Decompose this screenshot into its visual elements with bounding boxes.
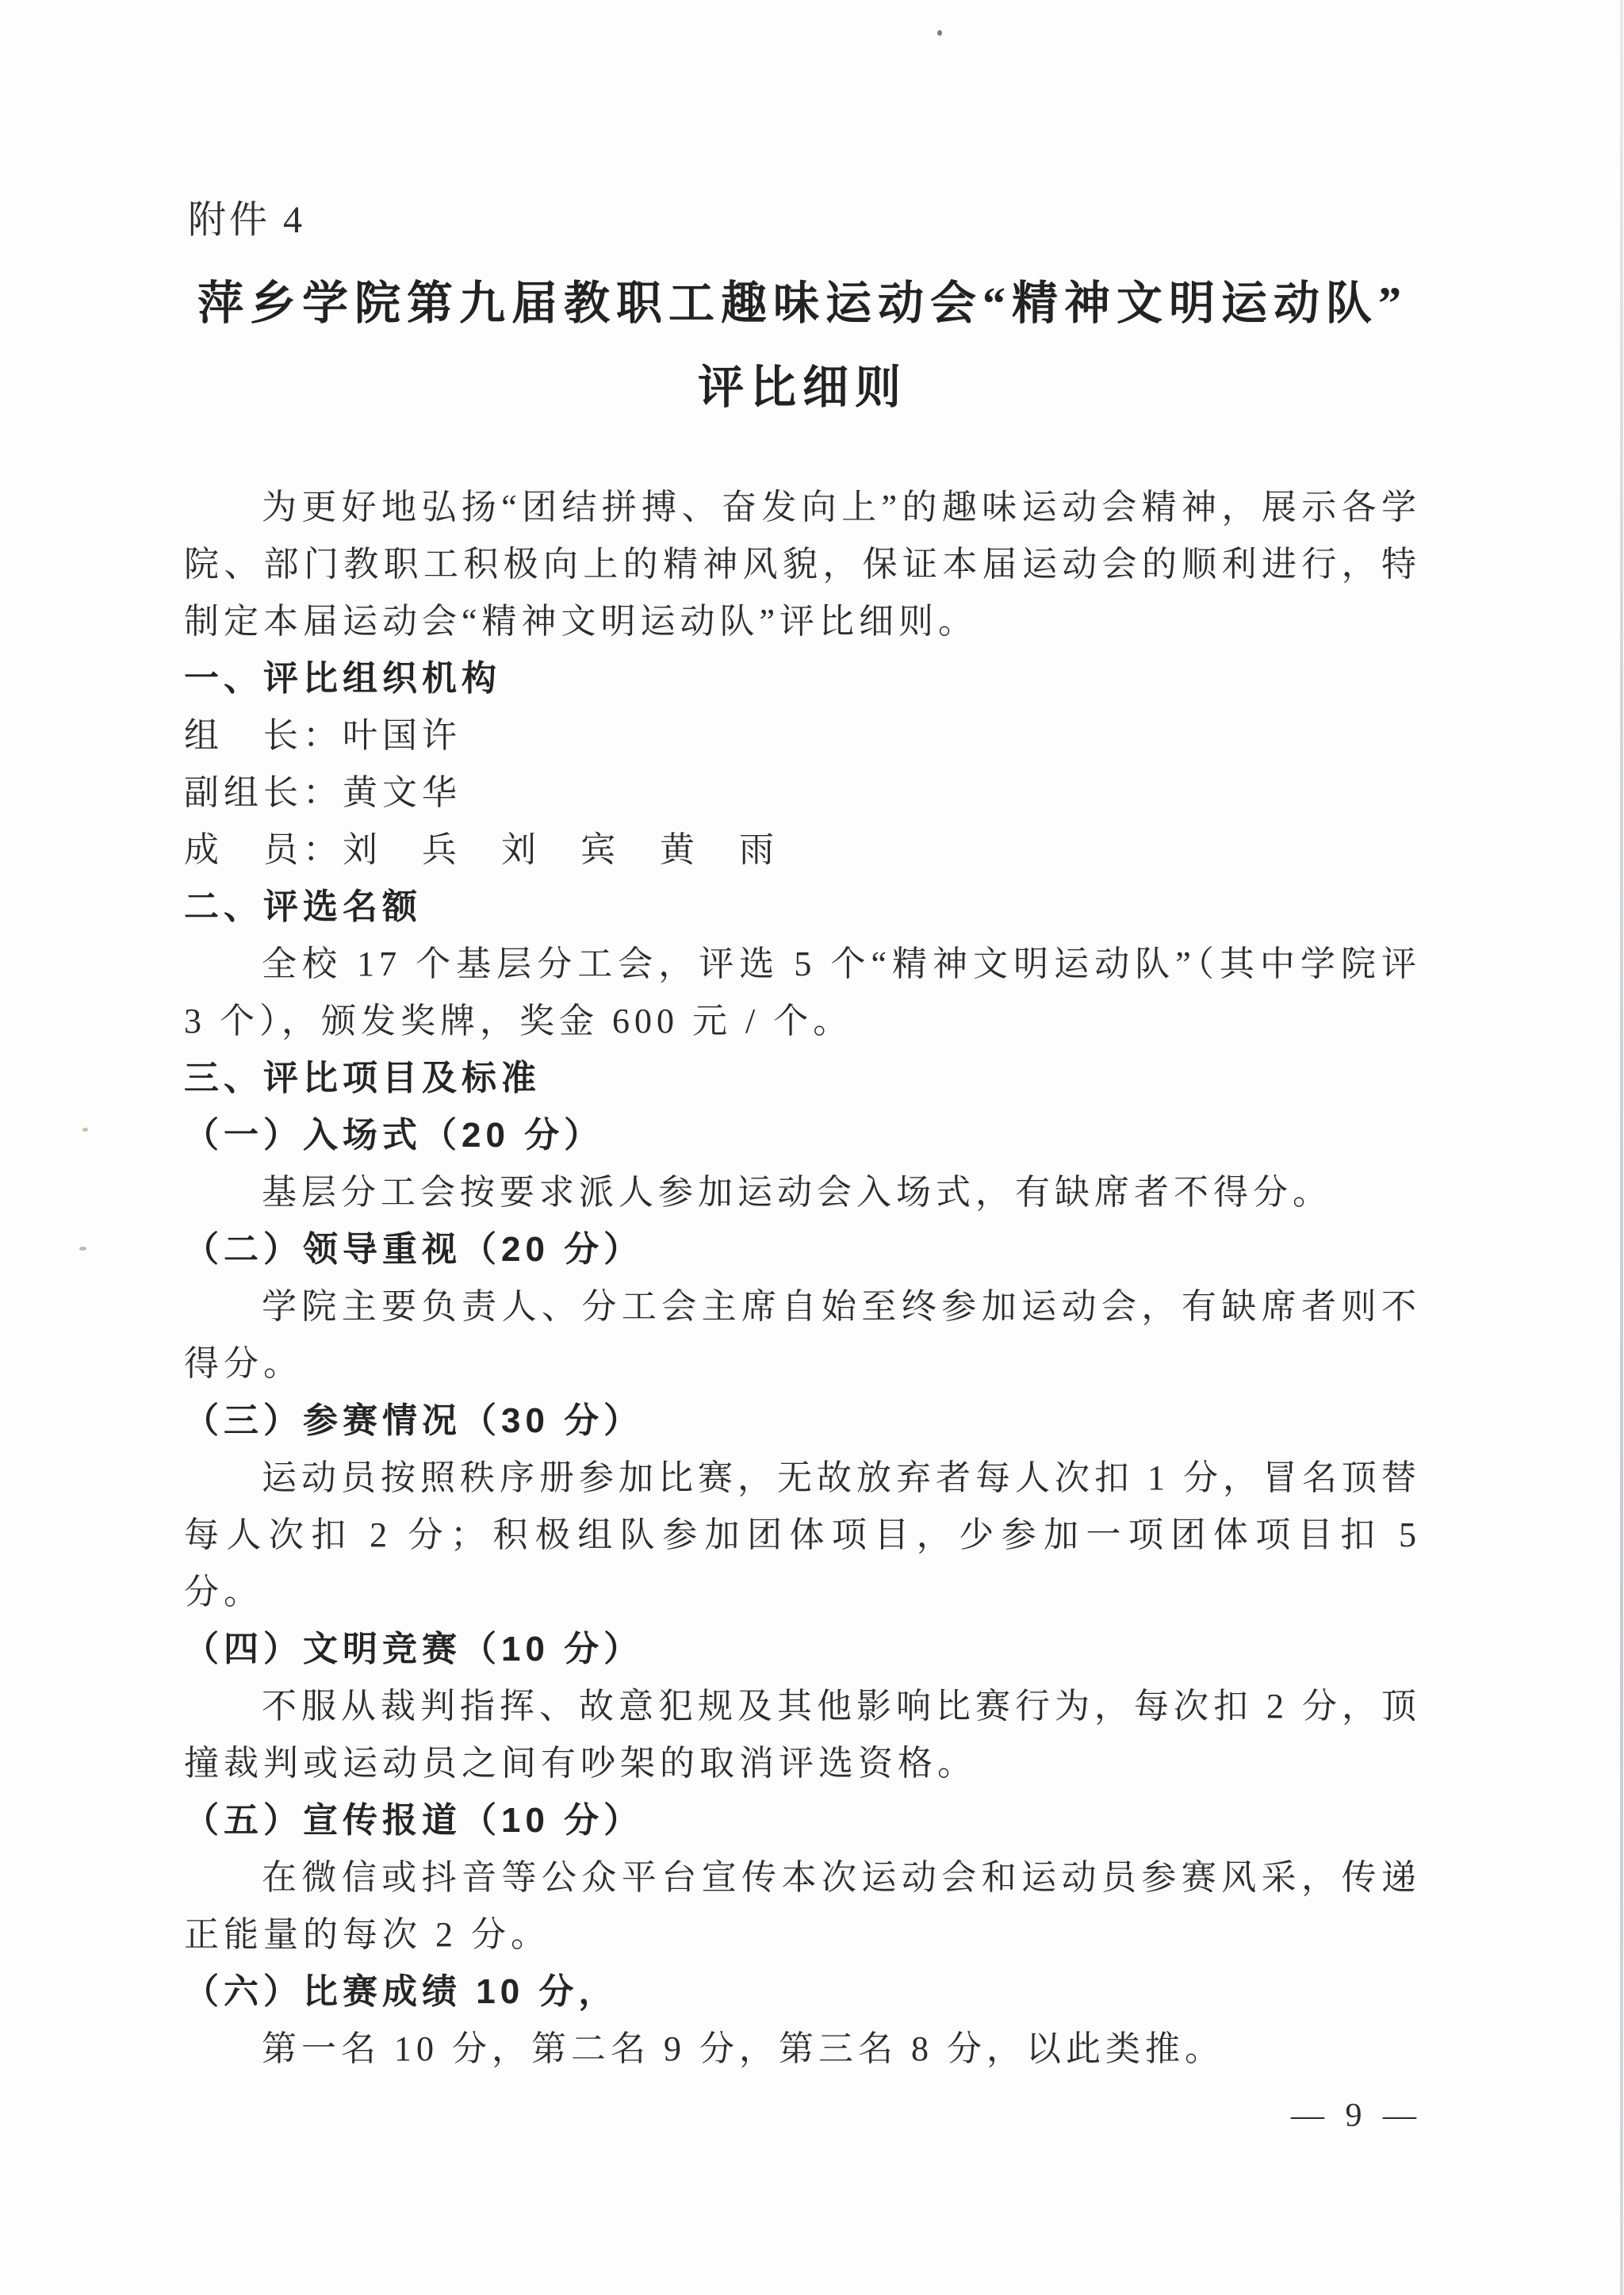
document-title-line1: 萍乡学院第九届教职工趣味运动会“精神文明运动队” — [184, 262, 1421, 346]
members-line: 成 员：刘 兵 刘 宾 黄 雨 — [184, 822, 1421, 879]
item4-text: 不服从裁判指挥、故意犯规及其他影响比赛行为，每次扣 2 分，顶撞裁判或运动员之间… — [184, 1678, 1421, 1792]
scanner-edge-shadow — [1620, 0, 1623, 2295]
item6-heading: （六）比赛成绩 10 分， — [184, 1964, 1421, 2021]
document-body: 为更好地弘扬“团结拼搏、奋发向上”的趣味运动会精神，展示各学院、部门教职工积极向… — [184, 479, 1421, 2078]
item5-text: 在微信或抖音等公众平台宣传本次运动会和运动员参赛风采，传递正能量的每次 2 分。 — [184, 1849, 1421, 1964]
scan-speck — [937, 30, 942, 36]
item4-heading: （四）文明竞赛（10 分） — [184, 1621, 1421, 1678]
item1-text: 基层分工会按要求派人参加运动会入场式，有缺席者不得分。 — [184, 1164, 1421, 1221]
quota-paragraph: 全校 17 个基层分工会，评选 5 个“精神文明运动队”（其中学院评 3 个），… — [184, 936, 1421, 1050]
scan-speck — [82, 1128, 88, 1132]
section1-heading: 一、评比组织机构 — [184, 650, 1421, 707]
attachment-label: 附件 4 — [188, 189, 305, 243]
item2-text: 学院主要负责人、分工会主席自始至终参加运动会，有缺席者则不得分。 — [184, 1278, 1421, 1393]
document-page: 附件 4 萍乡学院第九届教职工趣味运动会“精神文明运动队” 评比细则 为更好地弘… — [0, 0, 1624, 2295]
item2-heading: （二）领导重视（20 分） — [184, 1221, 1421, 1278]
section2-heading: 二、评选名额 — [184, 879, 1421, 936]
intro-paragraph: 为更好地弘扬“团结拼搏、奋发向上”的趣味运动会精神，展示各学院、部门教职工积极向… — [184, 479, 1421, 650]
page-number: — 9 — — [1291, 2097, 1423, 2135]
deputy-leader-line: 副组长：黄文华 — [184, 764, 1421, 822]
item1-heading: （一）入场式（20 分） — [184, 1107, 1421, 1164]
scan-speck — [79, 1247, 86, 1251]
item3-text: 运动员按照秩序册参加比赛，无故放弃者每人次扣 1 分，冒名顶替每人次扣 2 分；… — [184, 1450, 1421, 1621]
group-leader-line: 组 长：叶国许 — [184, 707, 1421, 764]
item6-text: 第一名 10 分，第二名 9 分，第三名 8 分，以此类推。 — [184, 2021, 1421, 2078]
section3-heading: 三、评比项目及标准 — [184, 1050, 1421, 1107]
document-title-line2: 评比细则 — [184, 346, 1421, 430]
document-title: 萍乡学院第九届教职工趣味运动会“精神文明运动队” 评比细则 — [184, 262, 1421, 430]
item5-heading: （五）宣传报道（10 分） — [184, 1792, 1421, 1849]
item3-heading: （三）参赛情况（30 分） — [184, 1393, 1421, 1450]
